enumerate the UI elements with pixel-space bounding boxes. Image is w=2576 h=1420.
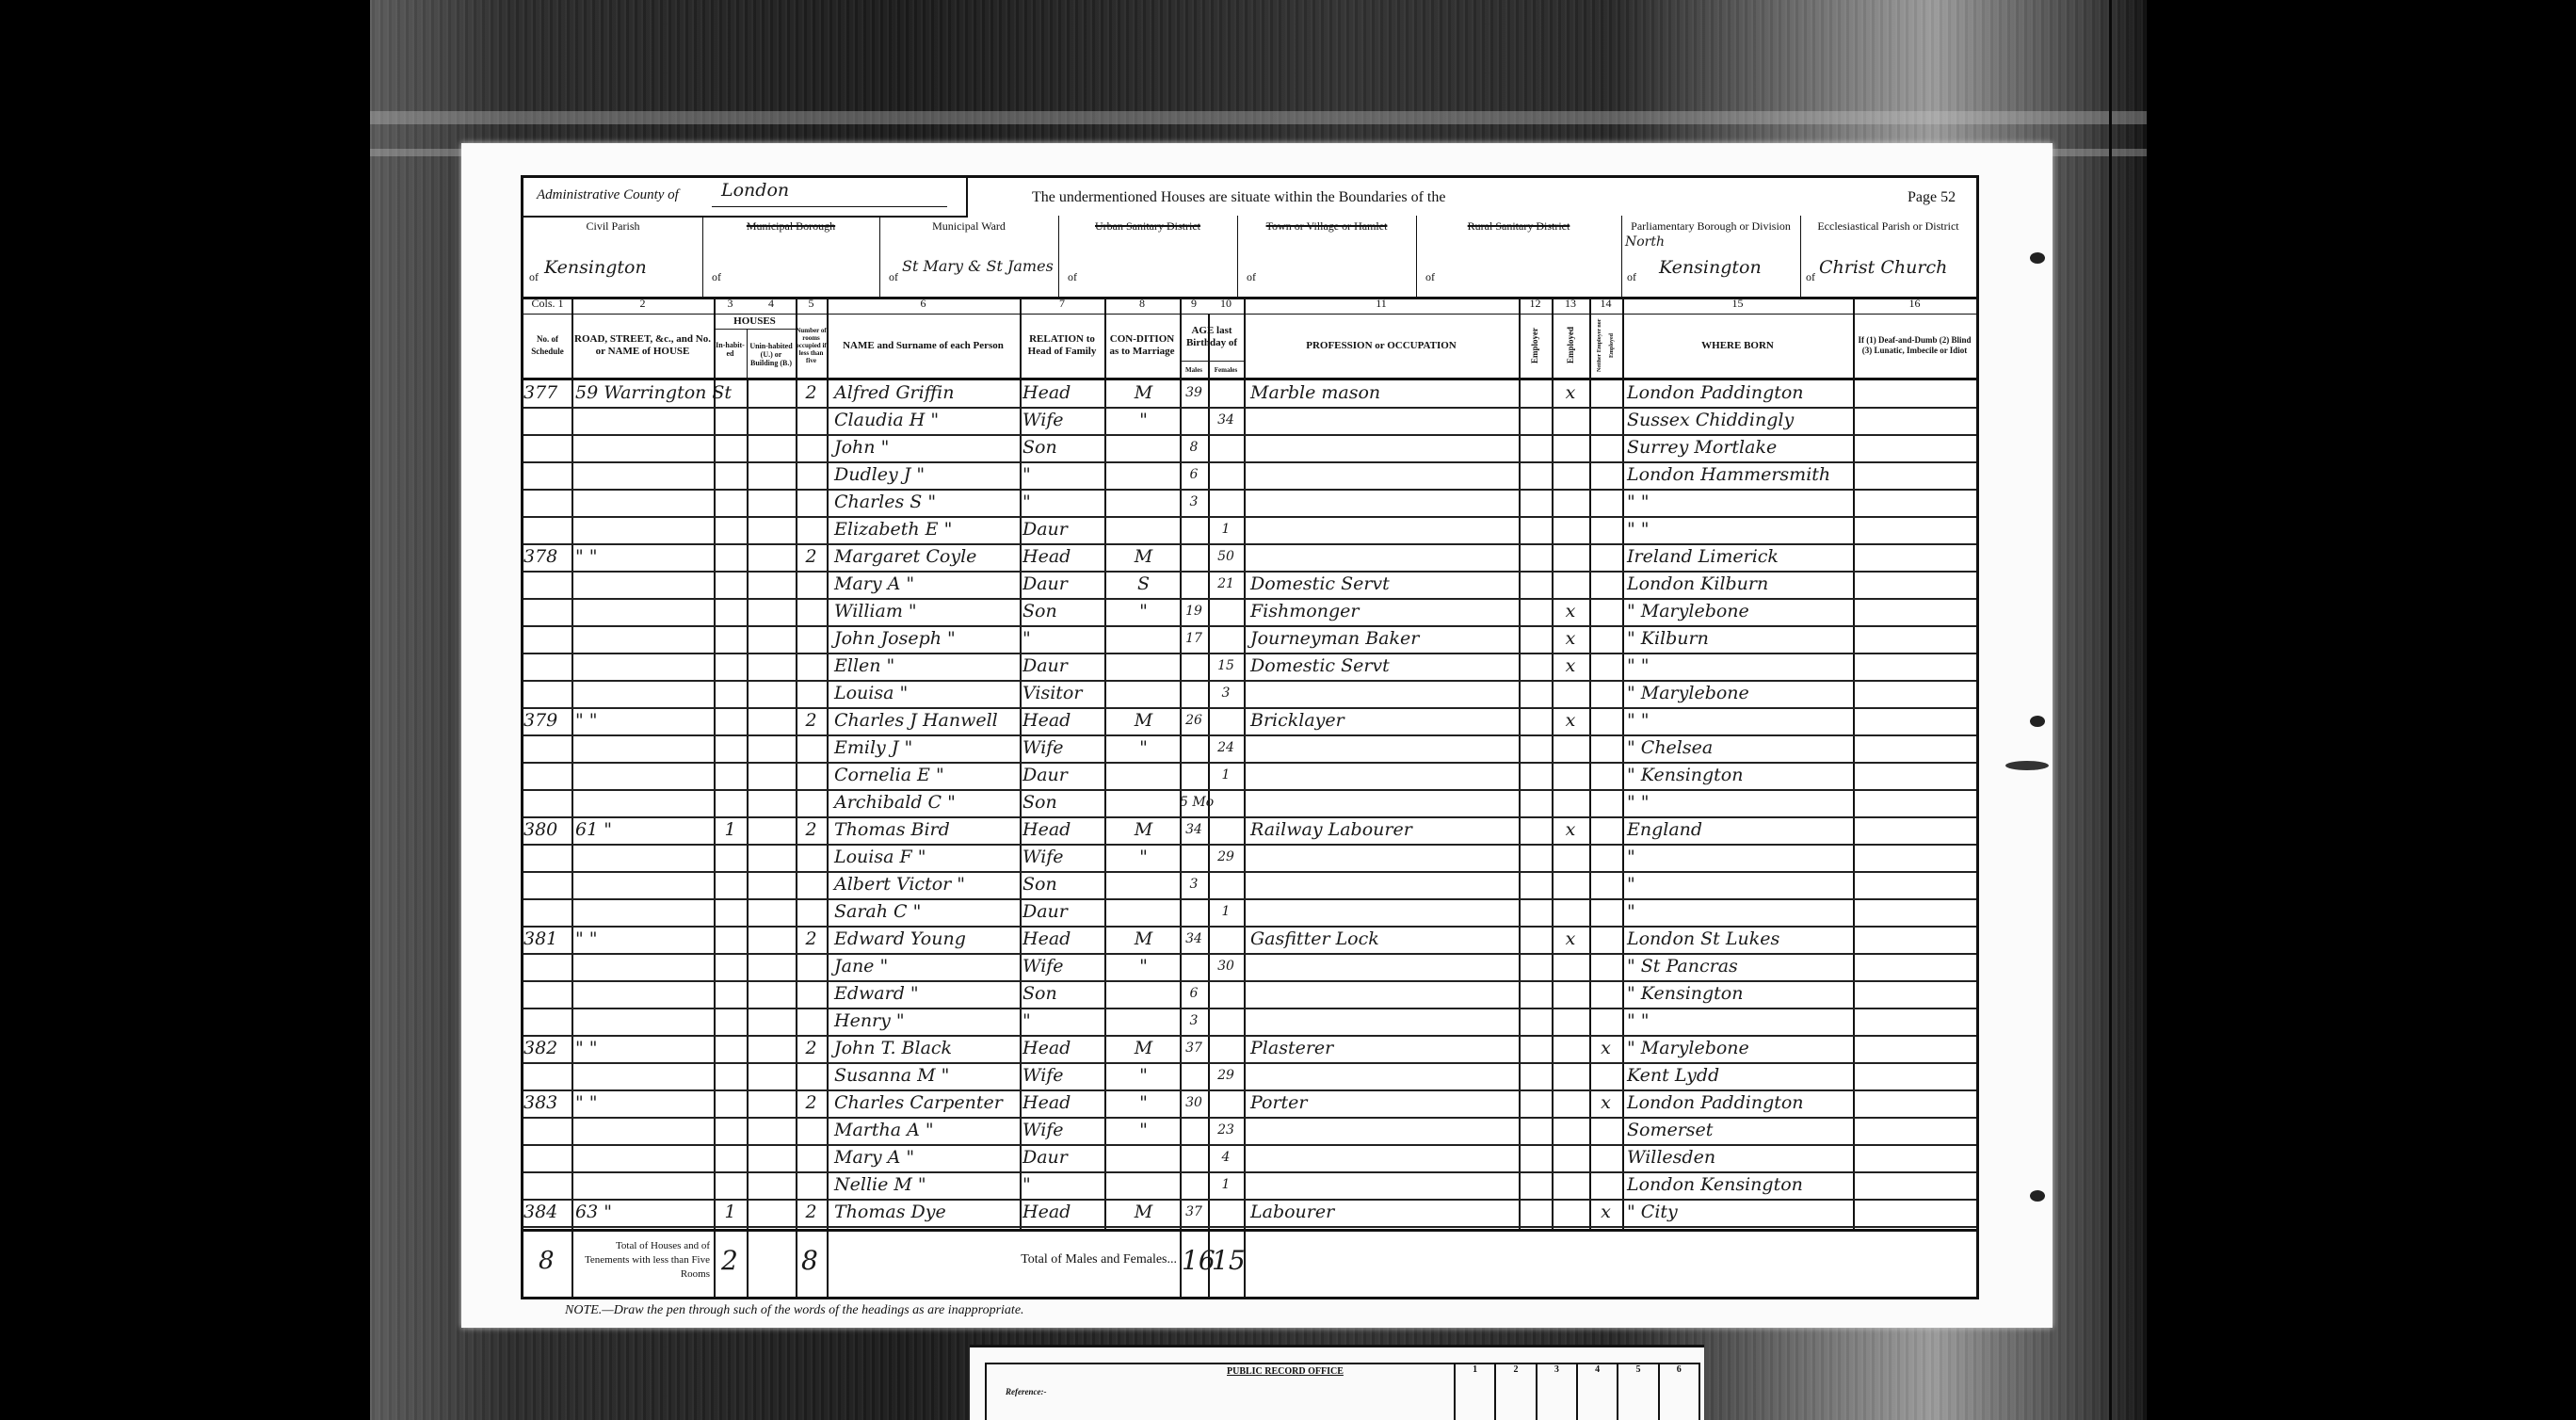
occupation [1250, 408, 1519, 433]
person-name: John T. Black [834, 1036, 1020, 1061]
condition: " [1107, 735, 1180, 761]
where-born: " [1627, 899, 1853, 925]
condition [1107, 462, 1180, 488]
slip-box: PUBLIC RECORD OFFICE Reference:- 123456 [985, 1363, 1700, 1420]
relation: Head [1022, 817, 1104, 843]
col-num: 9 [1180, 297, 1208, 311]
neither-mark [1589, 544, 1622, 570]
col-relation-header: RELATION to Head of Family [1020, 314, 1104, 378]
condition [1107, 1009, 1180, 1034]
occupation [1250, 1145, 1519, 1170]
occupation: Railway Labourer [1250, 817, 1519, 843]
employed-mark [1552, 517, 1589, 542]
male-age [1180, 954, 1208, 979]
table-row: John Joseph ""17Journeyman Bakerx" Kilbu… [523, 626, 1976, 652]
male-age [1180, 763, 1208, 788]
person-name: Edward Young [834, 927, 1020, 952]
employed-mark [1552, 1172, 1589, 1198]
rooms [796, 981, 827, 1007]
employer-mark [1519, 544, 1552, 570]
employer-mark [1519, 845, 1552, 870]
neither-mark [1589, 681, 1622, 706]
schedule-number [523, 435, 572, 460]
inhabited [714, 462, 747, 488]
employer-mark [1519, 1009, 1552, 1034]
total-rooms: 8 [801, 1245, 818, 1276]
pro-box: 6 [1658, 1364, 1699, 1420]
address [575, 408, 714, 433]
address [575, 517, 714, 542]
col-num: 8 [1104, 297, 1180, 311]
employed-mark [1552, 490, 1589, 515]
where-born: England [1627, 817, 1853, 843]
pro-box: 2 [1494, 1364, 1535, 1420]
table-row: Mary A "Daur4Willesden [523, 1145, 1976, 1170]
occupation [1250, 845, 1519, 870]
ecclesiastical-parish-field: Ecclesiastical Parish or District of Chr… [1800, 216, 1976, 297]
male-age: 3 [1180, 872, 1208, 897]
table-row: William "Son"19Fishmongerx" Marylebone [523, 599, 1976, 624]
civil-parish-value: Kensington [544, 257, 647, 278]
condition: M [1107, 817, 1180, 843]
neither-mark [1589, 981, 1622, 1007]
relation: Daur [1022, 572, 1104, 597]
employed-mark [1552, 1009, 1589, 1034]
neither-mark [1589, 408, 1622, 433]
condition [1107, 872, 1180, 897]
neither-mark [1589, 572, 1622, 597]
neither-mark [1589, 1063, 1622, 1089]
table-row: 381" "2Edward YoungHeadM34Gasfitter Lock… [523, 927, 1976, 952]
employer-mark [1519, 763, 1552, 788]
col-males-header: Males [1180, 363, 1208, 378]
employer-mark [1519, 654, 1552, 679]
inhabited [714, 1145, 747, 1170]
person-name: Ellen " [834, 654, 1020, 679]
inhabited [714, 654, 747, 679]
schedule-number [523, 1009, 572, 1034]
employer-mark [1519, 1145, 1552, 1170]
address [575, 954, 714, 979]
address [575, 1145, 714, 1170]
col-num: 11 [1244, 297, 1519, 311]
neither-mark: x [1589, 1200, 1622, 1225]
rooms [796, 1009, 827, 1034]
ink-blot [2005, 761, 2049, 770]
where-born: London St Lukes [1627, 927, 1853, 952]
boundaries-text: The undermentioned Houses are situate wi… [1032, 189, 1445, 206]
rooms [796, 490, 827, 515]
rooms [796, 408, 827, 433]
address [575, 626, 714, 652]
condition: " [1107, 1063, 1180, 1089]
male-age [1180, 1145, 1208, 1170]
employer-mark [1519, 899, 1552, 925]
relation: " [1022, 1009, 1104, 1034]
address [575, 681, 714, 706]
female-age: 23 [1208, 1118, 1244, 1143]
occupation [1250, 1118, 1519, 1143]
col-num: 12 [1519, 297, 1552, 311]
occupation: Domestic Servt [1250, 654, 1519, 679]
occupation [1250, 1009, 1519, 1034]
inhabited [714, 408, 747, 433]
neither-label: Neither Employer nor Employed [1594, 314, 1618, 378]
table-row: 38463 "12Thomas DyeHeadM37Labourerx" Cit… [523, 1200, 1976, 1225]
neither-mark [1589, 599, 1622, 624]
schedule-number: 377 [523, 380, 572, 406]
relation: Head [1022, 927, 1104, 952]
relation: Visitor [1022, 681, 1104, 706]
inhabited [714, 845, 747, 870]
relation: Wife [1022, 1118, 1104, 1143]
employer-mark [1519, 517, 1552, 542]
male-age [1180, 1172, 1208, 1198]
relation: Head [1022, 1200, 1104, 1225]
rooms [796, 954, 827, 979]
inhabited [714, 1090, 747, 1116]
census-table-body: 37759 Warrington St2Alfred GriffinHeadM3… [523, 380, 1976, 1228]
person-name: Martha A " [834, 1118, 1020, 1143]
relation: Son [1022, 599, 1104, 624]
employer-mark [1519, 708, 1552, 734]
female-age: 24 [1208, 735, 1244, 761]
schedule-number [523, 654, 572, 679]
employed-mark [1552, 735, 1589, 761]
occupation [1250, 954, 1519, 979]
rooms: 2 [796, 544, 827, 570]
condition: " [1107, 845, 1180, 870]
schedule-number: 380 [523, 817, 572, 843]
occupation: Journeyman Baker [1250, 626, 1519, 652]
inhabited [714, 1063, 747, 1089]
rooms [796, 681, 827, 706]
male-age [1180, 517, 1208, 542]
person-name: Edward " [834, 981, 1020, 1007]
person-name: Claudia H " [834, 408, 1020, 433]
rooms [796, 735, 827, 761]
film-scratch [370, 111, 2147, 124]
where-born: " " [1627, 517, 1853, 542]
occupation [1250, 981, 1519, 1007]
relation: " [1022, 462, 1104, 488]
pro-box: 4 [1576, 1364, 1617, 1420]
schedule-number [523, 872, 572, 897]
person-name: Emily J " [834, 735, 1020, 761]
table-row: Albert Victor "Son3" [523, 872, 1976, 897]
inhabited [714, 544, 747, 570]
condition: " [1107, 599, 1180, 624]
col-num: 3 [714, 297, 747, 311]
of-label: of [889, 270, 898, 284]
table-row: Nellie M ""1London Kensington [523, 1172, 1976, 1198]
total-schedules: 8 [539, 1247, 555, 1275]
occupation: Plasterer [1250, 1036, 1519, 1061]
female-age: 15 [1208, 654, 1244, 679]
where-born: London Kilburn [1627, 572, 1853, 597]
female-age [1208, 1036, 1244, 1061]
municipal-ward-label: Municipal Ward [879, 219, 1058, 234]
where-born: " St Pancras [1627, 954, 1853, 979]
employer-mark [1519, 572, 1552, 597]
occupation [1250, 490, 1519, 515]
col-neither-header: Neither Employer nor Employed [1589, 314, 1622, 378]
address: " " [575, 1036, 714, 1061]
where-born: " " [1627, 708, 1853, 734]
schedule-number [523, 845, 572, 870]
condition: M [1107, 708, 1180, 734]
condition: M [1107, 1036, 1180, 1061]
inhabited [714, 572, 747, 597]
of-label: of [1068, 270, 1077, 284]
female-age: 50 [1208, 544, 1244, 570]
employed-mark: x [1552, 626, 1589, 652]
occupation: Marble mason [1250, 380, 1519, 406]
male-age [1180, 735, 1208, 761]
employer-mark [1519, 1200, 1552, 1225]
table-row: 38061 "12Thomas BirdHeadM34Railway Labou… [523, 817, 1976, 843]
col-num: 13 [1552, 297, 1589, 311]
occupation [1250, 435, 1519, 460]
inhabited [714, 681, 747, 706]
employed-mark [1552, 681, 1589, 706]
employed-mark [1552, 899, 1589, 925]
inhabited [714, 517, 747, 542]
relation: Daur [1022, 517, 1104, 542]
female-age: 29 [1208, 845, 1244, 870]
employed-mark [1552, 435, 1589, 460]
employed-mark: x [1552, 817, 1589, 843]
schedule-number [523, 681, 572, 706]
rooms [796, 599, 827, 624]
occupation: Bricklayer [1250, 708, 1519, 734]
inhabited [714, 872, 747, 897]
rooms: 2 [796, 1090, 827, 1116]
rooms [796, 654, 827, 679]
employer-mark [1519, 1036, 1552, 1061]
table-row: Charles S ""3" " [523, 490, 1976, 515]
employed-mark [1552, 1145, 1589, 1170]
condition [1107, 1145, 1180, 1170]
address [575, 872, 714, 897]
female-age [1208, 435, 1244, 460]
occupation: Gasfitter Lock [1250, 927, 1519, 952]
person-name: Alfred Griffin [834, 380, 1020, 406]
female-age [1208, 626, 1244, 652]
employer-mark [1519, 872, 1552, 897]
address: " " [575, 544, 714, 570]
reference-label: Reference:- [1006, 1387, 1046, 1396]
address: " " [575, 927, 714, 952]
municipal-ward-field: Municipal Ward of St Mary & St James [879, 216, 1059, 297]
employed-mark [1552, 981, 1589, 1007]
relation: Head [1022, 380, 1104, 406]
person-name: William " [834, 599, 1020, 624]
admin-county-box: Administrative County of London [523, 178, 968, 218]
col-num: 7 [1020, 297, 1104, 311]
employer-mark [1519, 954, 1552, 979]
employer-mark [1519, 817, 1552, 843]
male-age: 34 [1180, 817, 1208, 843]
employed-label: Employed [1565, 327, 1577, 363]
employed-mark [1552, 954, 1589, 979]
relation: Daur [1022, 763, 1104, 788]
urban-sanitary-label: Urban Sanitary District [1058, 219, 1237, 234]
col-uninhabited-header: Unin-habited (U.) or Building (B.) [747, 331, 796, 378]
schedule-number [523, 408, 572, 433]
underline [712, 206, 947, 207]
occupation [1250, 790, 1519, 815]
address [575, 763, 714, 788]
inhabited [714, 1009, 747, 1034]
relation: Wife [1022, 735, 1104, 761]
rooms: 2 [796, 927, 827, 952]
address [575, 899, 714, 925]
employed-mark [1552, 408, 1589, 433]
inhabited [714, 790, 747, 815]
schedule-number: 381 [523, 927, 572, 952]
employed-mark [1552, 1063, 1589, 1089]
person-name: Jane " [834, 954, 1020, 979]
where-born: London Kensington [1627, 1172, 1853, 1198]
condition: " [1107, 1090, 1180, 1116]
of-label: of [1425, 270, 1435, 284]
female-age [1208, 490, 1244, 515]
condition: M [1107, 544, 1180, 570]
address [575, 462, 714, 488]
col-schedule-header: No. of Schedule [523, 314, 572, 378]
male-age [1180, 572, 1208, 597]
female-age: 34 [1208, 408, 1244, 433]
col-address-header: ROAD, STREET, &c., and No. or NAME of HO… [572, 314, 714, 378]
where-born: " " [1627, 490, 1853, 515]
rooms [796, 572, 827, 597]
schedule-number [523, 572, 572, 597]
employed-mark: x [1552, 927, 1589, 952]
female-age: 29 [1208, 1063, 1244, 1089]
employed-mark [1552, 572, 1589, 597]
where-born: " Kensington [1627, 763, 1853, 788]
occupation: Fishmonger [1250, 599, 1519, 624]
condition [1107, 681, 1180, 706]
where-born: " [1627, 845, 1853, 870]
condition [1107, 490, 1180, 515]
address [575, 981, 714, 1007]
person-name: John " [834, 435, 1020, 460]
female-age: 3 [1208, 681, 1244, 706]
employer-mark [1519, 408, 1552, 433]
col-name-header: NAME and Surname of each Person [827, 314, 1020, 378]
inhabited [714, 435, 747, 460]
person-name: Charles J Hanwell [834, 708, 1020, 734]
rural-sanitary-field: Rural Sanitary District of [1416, 216, 1622, 297]
female-age: 1 [1208, 763, 1244, 788]
neither-mark [1589, 654, 1622, 679]
female-age [1208, 981, 1244, 1007]
table-row: John "Son8Surrey Mortlake [523, 435, 1976, 460]
neither-mark: x [1589, 1036, 1622, 1061]
inhabited [714, 954, 747, 979]
male-age: 19 [1180, 599, 1208, 624]
table-row: Louisa "Visitor3" Marylebone [523, 681, 1976, 706]
divider [1180, 361, 1244, 362]
neither-mark [1589, 1145, 1622, 1170]
occupation [1250, 872, 1519, 897]
address: 63 " [575, 1200, 714, 1225]
address [575, 790, 714, 815]
address [575, 572, 714, 597]
male-age [1180, 845, 1208, 870]
employed-mark [1552, 790, 1589, 815]
where-born: " Marylebone [1627, 681, 1853, 706]
civil-parish-label: Civil Parish [523, 219, 702, 234]
total-inhabited: 2 [721, 1245, 738, 1276]
inhabited [714, 1036, 747, 1061]
relation: Son [1022, 435, 1104, 460]
where-born: " City [1627, 1200, 1853, 1225]
total-females: 15 [1212, 1245, 1246, 1276]
table-row: Susanna M "Wife"29Kent Lydd [523, 1063, 1976, 1089]
rooms [796, 517, 827, 542]
rooms [796, 435, 827, 460]
male-age: 5 Mo [1180, 790, 1208, 815]
relation: Head [1022, 708, 1104, 734]
employer-mark [1519, 462, 1552, 488]
employed-mark: x [1552, 654, 1589, 679]
condition [1107, 626, 1180, 652]
male-age [1180, 544, 1208, 570]
binding-hole [2030, 252, 2045, 264]
person-name: Cornelia E " [834, 763, 1020, 788]
inhabited [714, 927, 747, 952]
employed-mark: x [1552, 380, 1589, 406]
person-name: Albert Victor " [834, 872, 1020, 897]
occupation: Domestic Servt [1250, 572, 1519, 597]
employed-mark [1552, 1036, 1589, 1061]
male-age: 39 [1180, 380, 1208, 406]
neither-mark [1589, 1118, 1622, 1143]
schedule-number [523, 790, 572, 815]
person-name: Louisa F " [834, 845, 1020, 870]
rooms: 2 [796, 708, 827, 734]
col-employer-header: Employer [1519, 314, 1552, 378]
condition [1107, 899, 1180, 925]
person-name: Archibald C " [834, 790, 1020, 815]
address [575, 1009, 714, 1034]
col-employed-header: Employed [1552, 314, 1589, 378]
condition [1107, 435, 1180, 460]
pro-box: 5 [1617, 1364, 1657, 1420]
male-age [1180, 681, 1208, 706]
table-row: Claudia H "Wife"34Sussex Chiddingly [523, 408, 1976, 433]
relation: " [1022, 490, 1104, 515]
neither-mark [1589, 708, 1622, 734]
col-inhabited-header: In-habit-ed [714, 331, 747, 368]
relation: Head [1022, 1036, 1104, 1061]
boundaries-row: Civil Parish of Kensington Municipal Bor… [523, 216, 1976, 299]
person-name: Sarah C " [834, 899, 1020, 925]
schedule-number [523, 899, 572, 925]
female-age [1208, 599, 1244, 624]
inhabited [714, 899, 747, 925]
relation: Son [1022, 981, 1104, 1007]
col-rooms-header: Number of rooms occupied if less than fi… [796, 314, 827, 378]
where-born: Surrey Mortlake [1627, 435, 1853, 460]
of-label: of [529, 270, 539, 284]
row-line [523, 1226, 1976, 1228]
person-name: Louisa " [834, 681, 1020, 706]
urban-sanitary-field: Urban Sanitary District of [1058, 216, 1238, 297]
